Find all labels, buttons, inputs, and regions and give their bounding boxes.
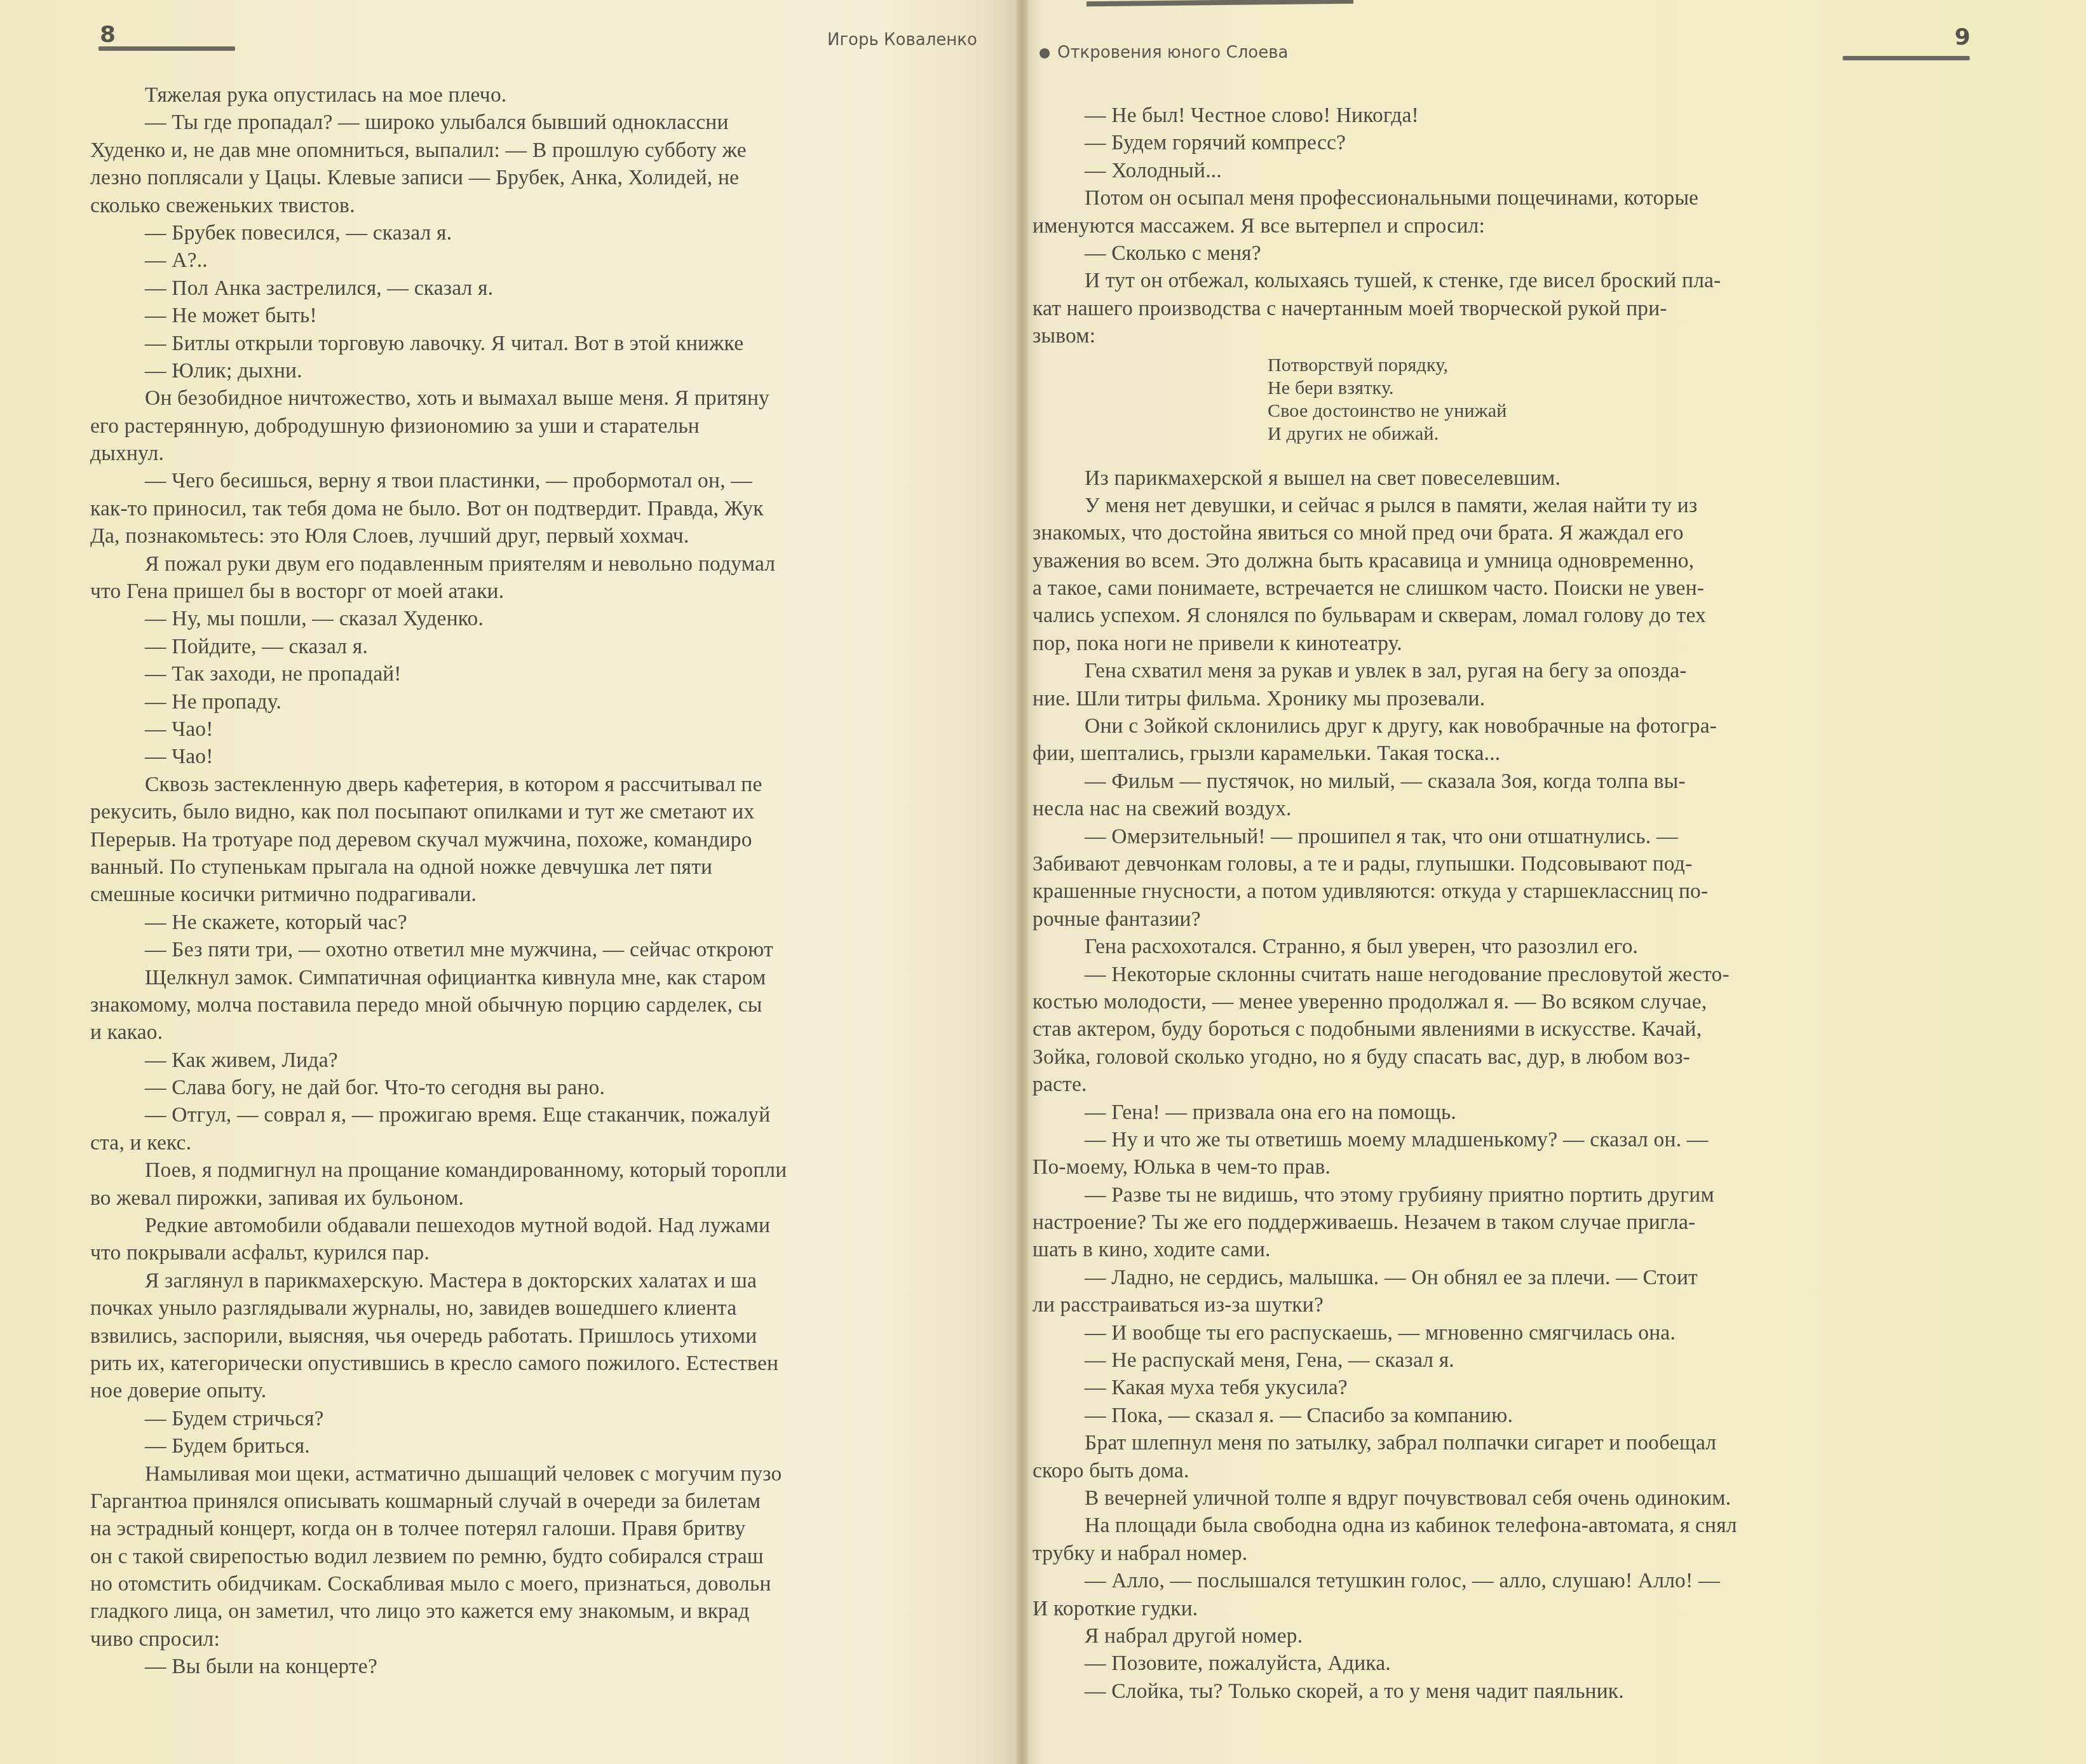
text-line: Они с Зойкой склонились друг к другу, ка… (1033, 712, 2049, 740)
text-line: — А?.. (90, 247, 1022, 274)
text-line: его растерянную, добродушную физиономию … (90, 412, 1022, 440)
text-line: смешные косички ритмично подрагивали. (90, 881, 1022, 908)
text-line: — Разве ты не видишь, что этому грубияну… (1033, 1181, 2049, 1209)
text-line: гладкого лица, он заметил, что лицо это … (90, 1598, 1022, 1625)
text-line: Редкие автомобили обдавали пешеходов мут… (90, 1212, 1022, 1239)
text-line: — Как живем, Лида? (90, 1047, 1022, 1074)
text-line: несла нас на свежий воздух. (1033, 795, 2049, 822)
text-line: сколько свеженьких твистов. (90, 192, 1022, 219)
text-line: — Сколько с меня? (1033, 240, 2049, 267)
text-line: скоро быть дома. (1033, 1457, 2049, 1484)
text-line: Я набрал другой номер. (1033, 1622, 2049, 1650)
text-line: — Будем горячий компресс? (1033, 129, 2049, 156)
text-line: — Будем бриться. (90, 1432, 1022, 1460)
right-running-head-text: Откровения юного Слоева (1057, 43, 1288, 62)
text-line: — Чего бесишься, верну я твои пластинки,… (90, 467, 1022, 494)
text-line: уважения во всем. Это должна быть красав… (1033, 547, 2049, 574)
text-line: Потом он осыпал меня профессиональными п… (1033, 184, 2049, 212)
text-line: знакомому, молча поставила передо мной о… (90, 991, 1022, 1019)
text-line: — Не распускай меня, Гена, — сказал я. (1033, 1347, 2049, 1374)
text-line: У меня нет девушки, и сейчас я рылся в п… (1033, 492, 2049, 519)
book-gutter (1017, 0, 1028, 1764)
right-page-number: 9 (1954, 24, 1970, 50)
text-line: Намыливая мои щеки, астматично дышащий ч… (90, 1460, 1022, 1488)
text-line: Зойка, головой сколько угодно, но я буду… (1033, 1043, 2049, 1071)
text-line: а такое, сами понимаете, встречается не … (1033, 574, 2049, 602)
text-line: он с такой свирепостью водил лезвием по … (90, 1543, 1022, 1570)
text-line: — Какая муха тебя укусила? (1033, 1374, 2049, 1401)
text-line: именуются массажем. Я все вытерпел и спр… (1033, 212, 2049, 240)
text-line: рекусить, было видно, как пол посыпают о… (90, 798, 1022, 825)
text-line: рить их, категорически опустившись в кре… (90, 1350, 1022, 1377)
text-line: пор, пока ноги не привели к кинотеатру. (1033, 630, 2049, 657)
text-line: Тяжелая рука опустилась на мое плечо. (90, 81, 1022, 109)
text-line: — Не был! Честное слово! Никогда! (1033, 102, 2049, 129)
text-line: — Чао! (90, 716, 1022, 743)
text-line: Брат шлепнул меня по затылку, забрал пол… (1033, 1429, 2049, 1456)
text-line: Перерыв. На тротуаре под деревом скучал … (90, 826, 1022, 853)
text-line: — Ну и что же ты ответишь моему младшень… (1033, 1126, 2049, 1153)
text-line: Гена схватил меня за рукав и увлек в зал… (1033, 657, 2049, 684)
bullet-dot-icon (1040, 48, 1050, 58)
text-line: И тут он отбежал, колыхаясь тушей, к сте… (1033, 267, 2049, 294)
text-line: Гаргантюа принялся описывать кошмарный с… (90, 1488, 1022, 1515)
right-page: Откровения юного Слоева 9 — Не был! Чест… (1022, 0, 2086, 1764)
text-line: Забивают девчонкам головы, а те и рады, … (1033, 850, 2049, 878)
text-line: — Чао! (90, 743, 1022, 770)
right-running-head: Откровения юного Слоева (1040, 43, 1288, 62)
text-line: взвились, заспорили, выясняя, чья очеред… (90, 1322, 1022, 1350)
text-line: рочные фантазии? (1033, 906, 2049, 933)
text-line: ное доверие опыту. (90, 1377, 1022, 1404)
text-line: Щелкнул замок. Симпатичная официантка ки… (90, 964, 1022, 991)
text-line: — Ты где пропадал? — широко улыбался быв… (90, 109, 1022, 136)
text-line: Я заглянул в парикмахерскую. Мастера в д… (90, 1267, 1022, 1294)
text-line: Худенко и, не дав мне опомниться, выпали… (90, 137, 1022, 164)
text-line: крашенные гнусности, а потом удивляются:… (1033, 878, 2049, 905)
text-line: ста, и кекс. (90, 1129, 1022, 1157)
right-folio-rule (1843, 56, 1970, 60)
text-line: трубку и набрал номер. (1033, 1540, 2049, 1567)
right-page-text: — Не был! Честное слово! Никогда!— Будем… (1033, 102, 2049, 1705)
text-line: — Гена! — призвала она его на помощь. (1033, 1099, 2049, 1126)
text-line: на эстрадный концерт, когда он в толчее … (90, 1515, 1022, 1542)
text-line: костью молодости, — менее уверенно продо… (1033, 988, 2049, 1015)
text-line: — Пол Анка застрелился, — сказал я. (90, 275, 1022, 302)
text-line: Да, познакомьтесь: это Юля Слоев, лучший… (90, 522, 1022, 550)
text-line: что Гена пришел бы в восторг от моей ата… (90, 578, 1022, 605)
text-line: — Ну, мы пошли, — сказал Худенко. (90, 605, 1022, 632)
text-line: — Битлы открыли торговую лавочку. Я чита… (90, 330, 1022, 357)
text-line: знакомых, что достойна явиться со мной п… (1033, 519, 2049, 546)
text-line: настроение? Ты же его поддерживаешь. Нез… (1033, 1209, 2049, 1236)
text-line: Гена расхохотался. Странно, я был уверен… (1033, 933, 2049, 960)
text-line: Поев, я подмигнул на прощание командиров… (90, 1157, 1022, 1184)
text-line: — Будем стричься? (90, 1405, 1022, 1432)
text-line: Из парикмахерской я вышел на свет повесе… (1033, 465, 2049, 492)
text-line: и какао. (90, 1019, 1022, 1046)
text-line: На площади была свободна одна из кабинок… (1033, 1512, 2049, 1539)
text-line: — Алло, — послышался тетушкин голос, — а… (1033, 1567, 2049, 1594)
text-line: И короткие гудки. (1033, 1595, 2049, 1622)
text-line: ванный. По ступенькам прыгала на одной н… (90, 853, 1022, 881)
text-line: зывом: (1033, 322, 2049, 349)
text-line: — Без пяти три, — охотно ответил мне муж… (90, 936, 1022, 963)
text-line: — Фильм — пустячок, но милый, — сказала … (1033, 768, 2049, 795)
left-running-head: Игорь Коваленко (827, 31, 977, 50)
left-folio-rule (98, 46, 235, 51)
text-line: но отомстить обидчикам. Соскабливая мыло… (90, 1570, 1022, 1598)
left-page-text: Тяжелая рука опустилась на мое плечо.— Т… (90, 81, 1022, 1681)
text-line: во жевал пирожки, запивая их бульоном. (90, 1184, 1022, 1212)
text-line: почках уныло разглядывали журналы, но, з… (90, 1294, 1022, 1322)
text-line: Он безобидное ничтожество, хоть и вымаха… (90, 384, 1022, 412)
text-line: — Не скажете, который час? (90, 909, 1022, 936)
text-line: чались успехом. Я слонялся по бульварам … (1033, 602, 2049, 629)
book-spread: 8 Игорь Коваленко Тяжелая рука опустилас… (0, 0, 2086, 1764)
text-line: — Слойка, ты? Только скорей, а то у меня… (1033, 1678, 2049, 1705)
text-line: — Вы были на концерте? (90, 1653, 1022, 1680)
left-page-number: 8 (100, 22, 116, 48)
text-line: — Не пропаду. (90, 688, 1022, 716)
text-line: кат нашего производства с начертанным мо… (1033, 295, 2049, 322)
text-line: — Брубек повесился, — сказал я. (90, 219, 1022, 247)
verse-line: Свое достоинство не унижай (1033, 400, 2049, 423)
text-line: — Отгул, — соврал я, — прожигаю время. Е… (90, 1101, 1022, 1129)
text-line: ли расстраиваться из-за шутки? (1033, 1291, 2049, 1319)
text-line: — Пойдите, — сказал я. (90, 633, 1022, 660)
text-line: — И вообще ты его распускаешь, — мгновен… (1033, 1319, 2049, 1347)
text-line: как-то приносил, так тебя дома не было. … (90, 495, 1022, 522)
text-line: чиво спросил: (90, 1625, 1022, 1653)
text-line: лезно поплясали у Цацы. Клевые записи — … (90, 164, 1022, 191)
text-line: — Холодный... (1033, 157, 2049, 184)
text-line: — Омерзительный! — прошипел я так, что о… (1033, 823, 2049, 850)
text-line: — Позовите, пожалуйста, Адика. (1033, 1650, 2049, 1677)
text-line: — Юлик; дыхни. (90, 357, 1022, 384)
left-page: 8 Игорь Коваленко Тяжелая рука опустилас… (0, 0, 1022, 1764)
text-line: расте. (1033, 1071, 2049, 1098)
text-line: По-моему, Юлька в чем-то прав. (1033, 1153, 2049, 1181)
verse-line: Потворствуй порядку, (1033, 354, 2049, 377)
text-line: став актером, буду бороться с подобными … (1033, 1015, 2049, 1043)
poster-verse: Потворствуй порядку,Не бери взятку.Свое … (1033, 354, 2049, 445)
verse-line: И других не обижай. (1033, 423, 2049, 445)
text-line: Я пожал руки двум его подавленным прияте… (90, 550, 1022, 578)
text-line: — Ладно, не сердись, малышка. — Он обнял… (1033, 1264, 2049, 1291)
text-line: фии, шептались, грызли карамельки. Такая… (1033, 740, 2049, 767)
text-line: В вечерней уличной толпе я вдруг почувст… (1033, 1484, 2049, 1512)
text-line: — Не может быть! (90, 302, 1022, 329)
verse-line: Не бери взятку. (1033, 377, 2049, 400)
text-line: ние. Шли титры фильма. Хронику мы прозев… (1033, 685, 2049, 712)
text-line: — Некоторые склонны считать наше негодов… (1033, 961, 2049, 988)
text-line: Сквозь застекленную дверь кафетерия, в к… (90, 771, 1022, 798)
text-line: шать в кино, ходите сами. (1033, 1236, 2049, 1263)
text-line: — Так заходи, не пропадай! (90, 660, 1022, 688)
text-line: дыхнул. (90, 440, 1022, 467)
text-line: — Слава богу, не дай бог. Что-то сегодня… (90, 1074, 1022, 1101)
text-line: что покрывали асфальт, курился пар. (90, 1239, 1022, 1266)
text-line: — Пока, — сказал я. — Спасибо за компани… (1033, 1402, 2049, 1429)
